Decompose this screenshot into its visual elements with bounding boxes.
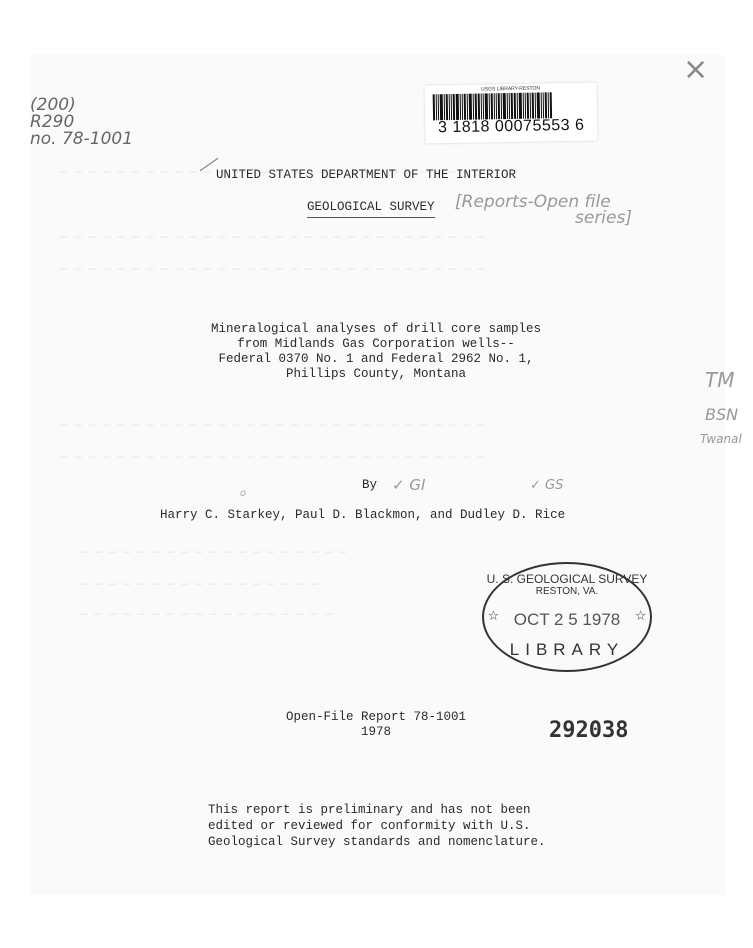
department-heading: UNITED STATES DEPARTMENT OF THE INTERIOR xyxy=(216,168,516,182)
x-mark: × xyxy=(683,52,708,87)
title-line: Federal 0370 No. 1 and Federal 2962 No. … xyxy=(176,352,576,367)
margin-note: TM xyxy=(705,368,734,392)
handwritten-mark: o xyxy=(240,488,246,499)
title-line: Phillips County, Montana xyxy=(176,367,576,382)
handwritten-series-note: [Reports-Open file series] xyxy=(455,192,632,228)
accession-number: 292038 xyxy=(549,718,628,743)
title-line: Mineralogical analyses of drill core sam… xyxy=(176,322,576,337)
disclaimer: This report is preliminary and has not b… xyxy=(208,802,546,850)
report-series: Open-File Report 78-1001 xyxy=(276,710,476,725)
agency-heading: GEOLOGICAL SURVEY xyxy=(307,200,435,218)
star-icon: ☆ xyxy=(635,604,646,626)
stamp-date: OCT 2 5 1978 xyxy=(482,610,652,630)
handwritten-call-number: (200) R290 no. 78-1001 xyxy=(30,97,133,148)
handwritten-check: ✓ GI xyxy=(392,476,425,494)
stamp-agency: U. S. GEOLOGICAL SURVEY xyxy=(482,572,652,586)
handwritten-check: ✓ GS xyxy=(530,478,563,493)
library-received-stamp: U. S. GEOLOGICAL SURVEY RESTON, VA. ☆ OC… xyxy=(482,562,652,672)
report-title: Mineralogical analyses of drill core sam… xyxy=(176,322,576,382)
bleed-through-text: — — — — — — — — — — — — — — — — — xyxy=(80,577,318,591)
authors: Harry C. Starkey, Paul D. Blackmon, and … xyxy=(160,508,565,522)
bleed-through-text: — — — — — — — — — — — — — — — — — — — — … xyxy=(60,230,485,244)
disclaimer-line: edited or reviewed for conformity with U… xyxy=(208,818,546,834)
margin-note: BSN xyxy=(705,405,738,424)
report-year: 1978 xyxy=(276,725,476,740)
bleed-through-text: — — — — — — — — — — — — — — — — — — — xyxy=(80,545,346,559)
bleed-through-text: — — — — — — — — — — — — — — — — — — — — … xyxy=(60,450,485,464)
library-barcode-label: USGS LIBRARY-RESTON 3 1818 00075553 6 xyxy=(425,83,598,144)
disclaimer-line: This report is preliminary and has not b… xyxy=(208,802,546,818)
stamp-location: RESTON, VA. xyxy=(482,586,652,597)
by-label: By xyxy=(362,478,377,492)
stamp-library: LIBRARY xyxy=(482,640,652,660)
bleed-through-text: — — — — — — — — — — — — — — — — — — — — … xyxy=(60,262,485,276)
call-number-line: no. 78-1001 xyxy=(30,131,133,148)
report-info: Open-File Report 78-1001 1978 xyxy=(276,710,476,740)
title-line: from Midlands Gas Corporation wells-- xyxy=(176,337,576,352)
margin-note: Twanal xyxy=(700,432,742,446)
barcode-number: 3 1818 00075553 6 xyxy=(425,116,597,137)
disclaimer-line: Geological Survey standards and nomencla… xyxy=(208,834,546,850)
bleed-through-text: — — — — — — — — — — — — — — — — — — — — … xyxy=(60,418,485,432)
bleed-through-text: — — — — — — — — — — — — — — — — — — xyxy=(80,607,332,621)
